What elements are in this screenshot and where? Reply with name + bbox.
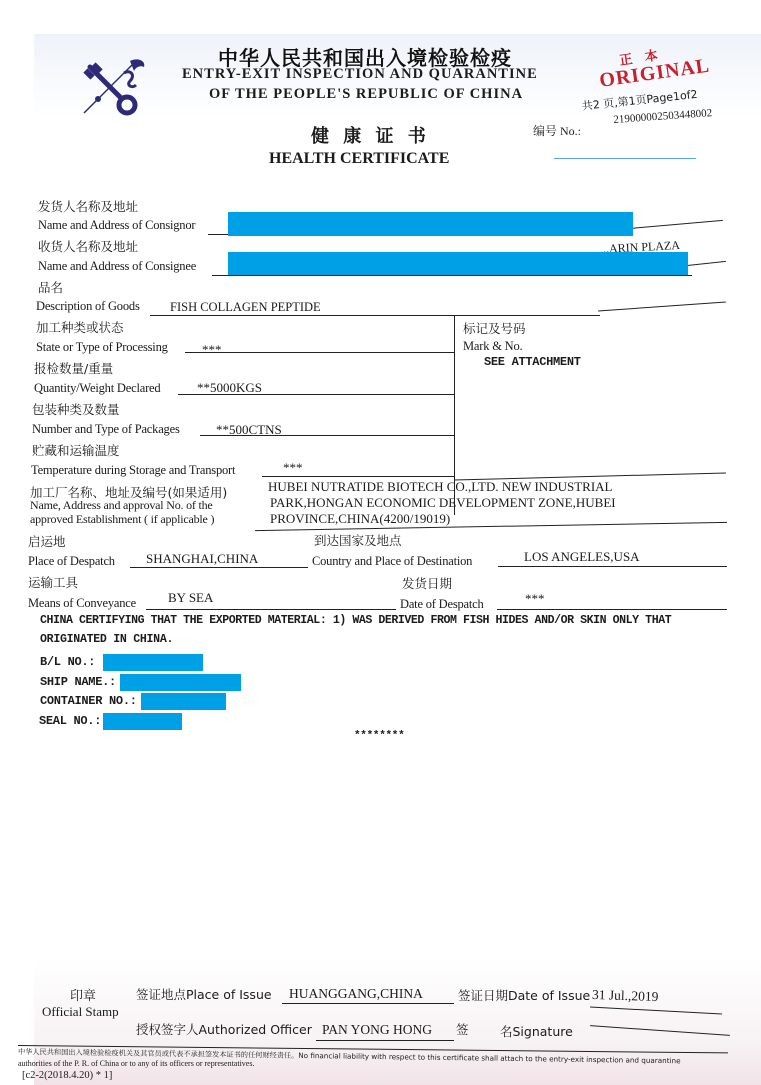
goods-value: FISH COLLAGEN PEPTIDE xyxy=(170,300,321,315)
despatch-place-label-cn: 启运地 xyxy=(28,532,66,550)
temperature-underline xyxy=(262,476,454,477)
establishment-value-line1: HUBEI NUTRATIDE BIOTECH CO.,LTD. NEW IND… xyxy=(268,479,612,495)
temperature-label-cn: 贮藏和运输温度 xyxy=(32,441,120,459)
bl-no-redaction xyxy=(103,654,203,671)
conveyance-underline xyxy=(146,609,396,610)
consignor-redaction xyxy=(228,212,633,236)
destination-underline xyxy=(498,566,727,567)
bl-no-label: B/L NO.: xyxy=(40,655,95,669)
seal-no-label: SEAL NO.: xyxy=(39,714,101,728)
signature-label-cn: 签 xyxy=(456,1020,469,1038)
end-of-text-marker: ******** xyxy=(354,730,404,742)
official-stamp-label-cn: 印章 xyxy=(70,985,96,1004)
certificate-no-underline xyxy=(554,158,696,159)
conveyance-value: BY SEA xyxy=(168,590,213,606)
issuer-title-en-line1: ENTRY-EXIT INSPECTION AND QUARANTINE xyxy=(182,66,538,83)
disclaimer-line2: authorities of the P. R. of China or to … xyxy=(18,1059,254,1068)
ship-name-label: SHIP NAME.: xyxy=(40,675,116,689)
consignor-label-cn: 发货人名称及地址 xyxy=(38,197,138,215)
certificate-no-label: 编号 No.: xyxy=(533,122,581,139)
processing-underline xyxy=(185,352,454,353)
despatch-date-underline xyxy=(497,609,727,610)
despatch-date-label-en: Date of Despatch xyxy=(400,597,484,612)
form-code: [c2-2(2018.4.20) * 1] xyxy=(22,1070,112,1081)
certificate-title-cn: 健 康 证 书 xyxy=(311,122,430,148)
despatch-date-label-cn: 发货日期 xyxy=(402,574,452,592)
key-caduceus-emblem-icon xyxy=(80,55,150,120)
processing-label-en: State or Type of Processing xyxy=(36,340,168,355)
establishment-value-line2: PARK,HONGAN ECONOMIC DEVELOPMENT ZONE,HU… xyxy=(270,495,616,511)
destination-value: LOS ANGELES,USA xyxy=(524,549,640,565)
quantity-underline xyxy=(178,394,454,395)
destination-label-cn: 到达国家及地点 xyxy=(314,531,402,549)
despatch-date-value: *** xyxy=(525,591,545,607)
marks-value: SEE ATTACHMENT xyxy=(484,355,581,369)
goods-label-en: Description of Goods xyxy=(36,299,140,314)
date-of-issue-label: 签证日期Date of Issue xyxy=(458,986,590,1004)
temperature-value: *** xyxy=(283,460,303,476)
place-of-issue-label: 签证地点Place of Issue xyxy=(136,985,272,1003)
establishment-value-line3: PROVINCE,CHINA(4200/19019) xyxy=(270,511,450,527)
issuer-title-en-line2: OF THE PEOPLE'S REPUBLIC OF CHINA xyxy=(209,86,523,103)
consignor-label-en: Name and Address of Consignor xyxy=(38,218,195,233)
packages-label-cn: 包装种类及数量 xyxy=(32,400,120,418)
certification-line1: CHINA CERTIFYING THAT THE EXPORTED MATER… xyxy=(40,614,671,627)
quantity-label-cn: 报检数量/重量 xyxy=(34,359,113,377)
establishment-label-en-line1: Name, Address and approval No. of the xyxy=(30,498,213,513)
packages-label-en: Number and Type of Packages xyxy=(32,422,180,437)
official-stamp-label-en: Official Stamp xyxy=(42,1004,119,1020)
processing-value: *** xyxy=(202,342,222,358)
consignee-redaction xyxy=(228,252,688,275)
authorized-officer-underline xyxy=(316,1040,454,1041)
container-no-label: CONTAINER NO.: xyxy=(40,694,137,708)
marks-label-cn: 标记及号码 xyxy=(463,319,526,337)
authorized-officer-label: 授权签字人Authorized Officer xyxy=(136,1020,312,1038)
container-no-redaction xyxy=(141,693,226,710)
destination-label-en: Country and Place of Destination xyxy=(312,554,472,569)
certificate-title-en: HEALTH CERTIFICATE xyxy=(269,150,449,168)
certification-line2: ORIGINATED IN CHINA. xyxy=(40,633,173,646)
place-of-issue-underline xyxy=(282,1003,454,1004)
packages-underline xyxy=(200,435,454,436)
conveyance-label-cn: 运输工具 xyxy=(28,573,78,591)
date-of-issue-value: 31 Jul.,2019 xyxy=(592,987,659,1005)
despatch-place-label-en: Place of Despatch xyxy=(28,554,115,569)
marks-label-en: Mark & No. xyxy=(463,339,522,354)
establishment-label-en-line2: approved Establishment ( if applicable ) xyxy=(30,512,214,527)
seal-no-redaction xyxy=(103,713,182,730)
goods-underline xyxy=(150,315,600,316)
conveyance-label-en: Means of Conveyance xyxy=(28,596,136,611)
despatch-place-underline xyxy=(130,567,308,568)
consignee-label-cn: 收货人名称及地址 xyxy=(38,237,138,255)
ship-name-redaction xyxy=(120,674,241,691)
place-of-issue-value: HUANGGANG,CHINA xyxy=(289,986,423,1002)
signature-label: 名Signature xyxy=(500,1022,573,1040)
quantity-label-en: Quantity/Weight Declared xyxy=(34,381,160,396)
temperature-label-en: Temperature during Storage and Transport xyxy=(31,463,235,478)
despatch-place-value: SHANGHAI,CHINA xyxy=(146,551,258,567)
consignee-underline xyxy=(212,275,692,276)
consignee-label-en: Name and Address of Consignee xyxy=(38,259,196,274)
goods-label-cn: 品名 xyxy=(38,278,63,296)
authorized-officer-value: PAN YONG HONG xyxy=(322,1022,432,1038)
processing-label-cn: 加工种类或状态 xyxy=(36,318,124,336)
